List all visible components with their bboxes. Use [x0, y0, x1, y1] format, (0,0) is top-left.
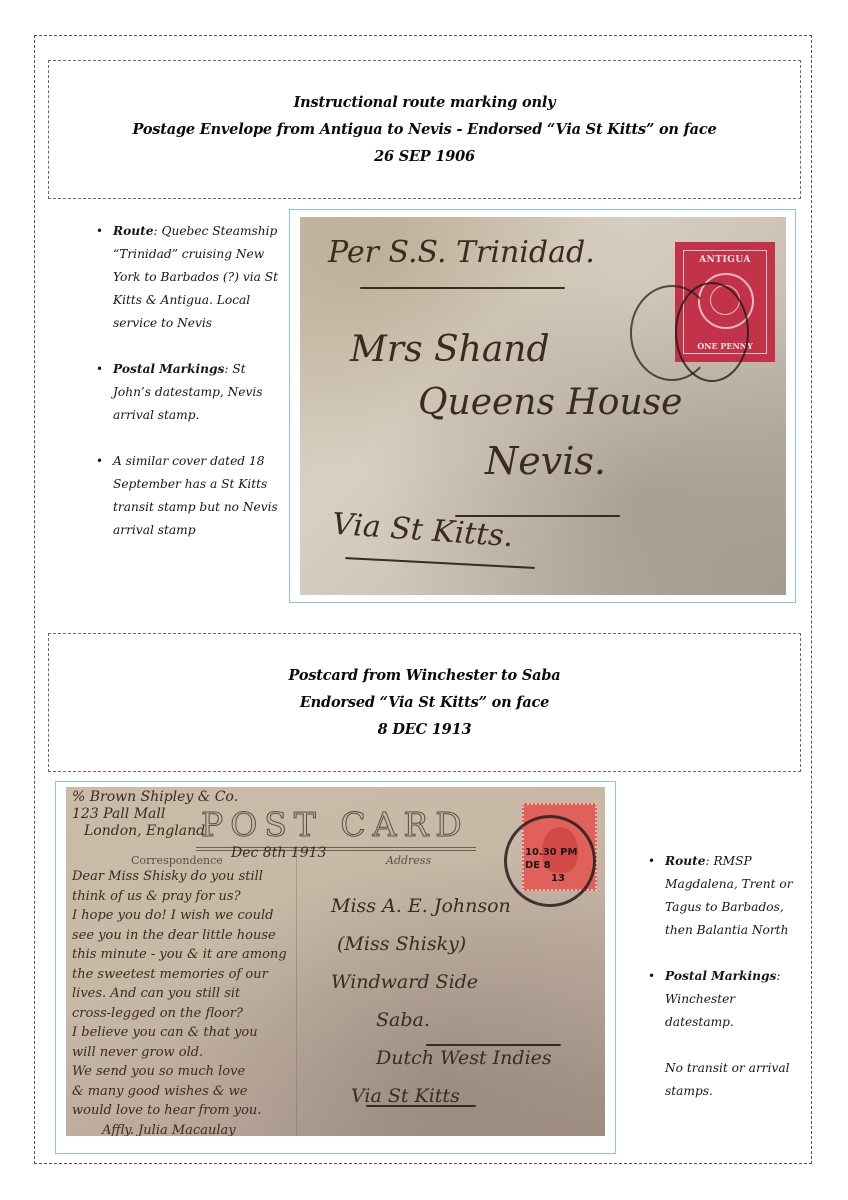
handwriting-ship: Per S.S. Trinidad. [328, 235, 595, 270]
address-line: Windward Side [331, 963, 552, 1001]
section-2-header: Postcard from Winchester to Saba Endorse… [48, 633, 801, 772]
printed-correspondence: Correspondence [131, 854, 223, 867]
note-similar-cover: • A similar cover dated 18 September has… [96, 450, 281, 542]
sender-address: % Brown Shipley & Co. 123 Pall Mall Lond… [72, 789, 238, 840]
postcard-image-frame: POST CARD Correspondence Address % Brown… [55, 781, 616, 1154]
handwritten-message: Dear Miss Shisky do you stillthink of us… [72, 867, 287, 1136]
note-route: • Route: Quebec Steamship “Trinidad” cru… [96, 220, 281, 335]
message-line: will never grow old. [72, 1043, 287, 1063]
handwriting-addressee: Mrs Shand [350, 329, 550, 370]
handwriting-via-st-kitts: Via St Kitts. [331, 507, 514, 555]
underline [345, 557, 535, 569]
message-line: I believe you can & that you [72, 1023, 287, 1043]
bullet-icon: • [648, 965, 655, 988]
postcard-photo: POST CARD Correspondence Address % Brown… [66, 787, 605, 1136]
postcard-printed-title: POST CARD [201, 805, 469, 844]
section-1-subtitle: Instructional route marking only [294, 89, 556, 116]
section-1-header: Instructional route marking only Postage… [48, 60, 801, 199]
message-line: & many good wishes & we [72, 1082, 287, 1102]
section-1-notes: • Route: Quebec Steamship “Trinidad” cru… [96, 220, 281, 565]
envelope-photo: Per S.S. Trinidad. Mrs Shand Queens Hous… [300, 217, 786, 595]
handwritten-address: Miss A. E. Johnson(Miss Shisky)Windward … [331, 887, 552, 1115]
message-line: We send you so much love [72, 1062, 287, 1082]
message-line: think of us & pray for us? [72, 887, 287, 907]
address-line: Via St Kitts [331, 1077, 552, 1115]
bullet-icon: • [96, 220, 103, 243]
message-line: would love to hear from you. [72, 1101, 287, 1121]
underline [426, 1044, 561, 1046]
bullet-icon: • [96, 450, 103, 473]
note-postal-markings: • Postal Markings: Winchester datestamp.… [648, 965, 798, 1103]
bullet-icon: • [648, 850, 655, 873]
envelope-image-frame: Per S.S. Trinidad. Mrs Shand Queens Hous… [289, 209, 796, 603]
message-line: I hope you do! I wish we could [72, 906, 287, 926]
handwriting-island: Nevis. [485, 439, 606, 483]
handwritten-date: Dec 8th 1913 [231, 845, 326, 861]
section-1-title: Postage Envelope from Antigua to Nevis -… [133, 116, 717, 143]
message-line: lives. And can you still sit [72, 984, 287, 1004]
section-1-date: 26 SEP 1906 [374, 143, 475, 170]
section-2-notes: • Route: RMSP Magdalena, Trent or Tagus … [648, 850, 798, 1126]
address-line: (Miss Shisky) [331, 925, 552, 963]
datestamp-icon [675, 282, 749, 382]
message-line: Affly. Julia Macaulay [72, 1121, 287, 1137]
message-line: see you in the dear little house [72, 926, 287, 946]
section-2-subtitle: Endorsed “Via St Kitts” on face [300, 689, 549, 716]
printed-address: Address [386, 854, 431, 867]
bullet-icon: • [96, 358, 103, 381]
winchester-postmark: 10.30 PM DE 8 13 [504, 815, 596, 907]
address-line: Saba. [331, 1001, 552, 1039]
note-postal-markings: • Postal Markings: St John’s datestamp, … [96, 358, 281, 427]
message-line: Dear Miss Shisky do you still [72, 867, 287, 887]
message-line: the sweetest memories of our [72, 965, 287, 985]
section-2-date: 8 DEC 1913 [378, 716, 472, 743]
underline [366, 1105, 476, 1107]
underline [360, 287, 565, 289]
message-line: this minute - you & it are among [72, 945, 287, 965]
note-route: • Route: RMSP Magdalena, Trent or Tagus … [648, 850, 798, 942]
divider [296, 851, 297, 1136]
handwriting-street: Queens House [418, 382, 682, 423]
section-2-title: Postcard from Winchester to Saba [289, 662, 561, 689]
message-line: cross-legged on the floor? [72, 1004, 287, 1024]
